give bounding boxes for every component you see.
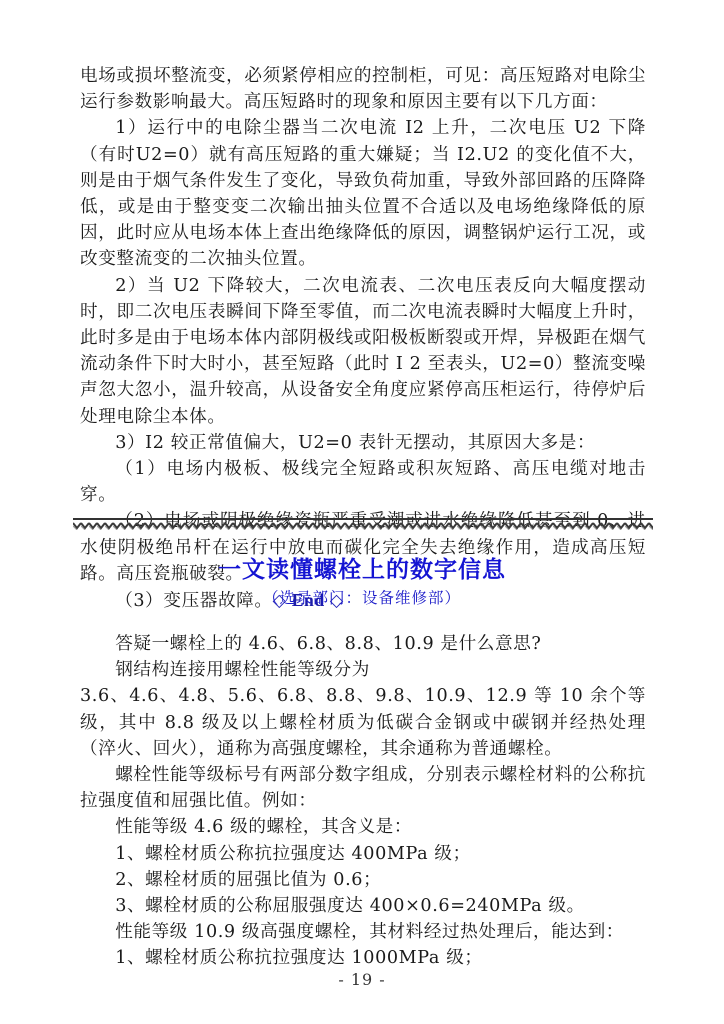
section-bolt-grades: 答疑一螺栓上的 4.6、6.8、8.8、10.9 是什么意思? 钢结构连接用螺栓… (80, 631, 646, 972)
paragraph: 电场或损坏整流变，必须紧停相应的控制柜，可见：高压短路对电除尘运行参数影响最大。… (80, 63, 646, 115)
paragraph: 性能等级 10.9 级高强度螺栓，其材料经过热处理后，能达到： (80, 919, 646, 945)
list-item: 3、螺栓材质的公称屈服强度达 400×0.6=240MPa 级。 (80, 893, 646, 919)
zigzag-separator (73, 518, 653, 532)
list-item: 1、螺栓材质公称抗拉强度达 400MPa 级； (80, 841, 646, 867)
list-item: 2、螺栓材质的屈强比值为 0.6； (80, 867, 646, 893)
paragraph: 性能等级 4.6 级的螺栓，其含义是： (80, 814, 646, 840)
document-page: 电场或损坏整流变，必须紧停相应的控制柜，可见：高压短路对电除尘运行参数影响最大。… (0, 0, 724, 1024)
paragraph: 3）I2 较正常值偏大，U2=0 表针无摆动，其原因大多是： (80, 430, 646, 456)
paragraph: 螺栓性能等级标号有两部分数字组成，分别表示螺栓材料的公称抗拉强度值和屈强比值。例… (80, 762, 646, 814)
zigzag-border-icon (73, 522, 653, 530)
paragraph: 钢结构连接用螺栓性能等级分为 (80, 657, 646, 683)
list-item: 1、螺栓材质公称抗拉强度达 1000MPa 级； (80, 945, 646, 971)
paragraph: 1）运行中的电除尘器当二次电流 I2 上升，二次电压 U2 下降（有时U2=0）… (80, 115, 646, 272)
article-subtitle: （选录部门：设备维修部） (0, 586, 724, 608)
paragraph: （1）电场内极板、极线完全短路或积灰短路、高压电缆对地击穿。 (80, 456, 646, 508)
page-number: - 19 - (0, 970, 724, 989)
paragraph: 答疑一螺栓上的 4.6、6.8、8.8、10.9 是什么意思? (80, 631, 646, 657)
separator-rule (73, 518, 653, 520)
paragraph: 3.6、4.6、4.8、5.6、6.8、8.8、9.8、10.9、12.9 等 … (80, 683, 646, 762)
article-title: 一文读懂螺栓上的数字信息 (0, 551, 724, 584)
paragraph: 2）当 U2 下降较大，二次电流表、二次电压表反向大幅度摆动时，即二次电压表瞬间… (80, 273, 646, 430)
